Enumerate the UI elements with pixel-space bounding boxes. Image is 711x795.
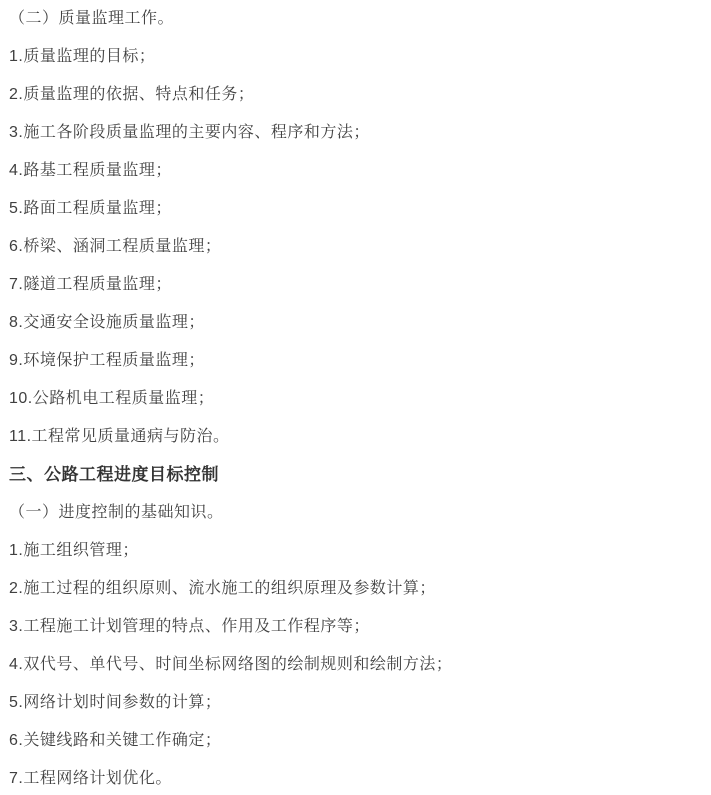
list-item: 7.工程网络计划优化。	[9, 760, 699, 795]
list-item: 9.环境保护工程质量监理；	[9, 342, 699, 380]
list-item: 3.工程施工计划管理的特点、作用及工作程序等；	[9, 608, 699, 646]
list-item: 5.路面工程质量监理；	[9, 190, 699, 228]
section-heading: 三、公路工程进度目标控制	[9, 456, 699, 494]
list-item: 6.关键线路和关键工作确定；	[9, 722, 699, 760]
list-item: 4.双代号、单代号、时间坐标网络图的绘制规则和绘制方法；	[9, 646, 699, 684]
list-item: 3.施工各阶段质量监理的主要内容、程序和方法；	[9, 114, 699, 152]
list-item: 2.施工过程的组织原则、流水施工的组织原理及参数计算；	[9, 570, 699, 608]
list-item: 4.路基工程质量监理；	[9, 152, 699, 190]
list-item: 2.质量监理的依据、特点和任务；	[9, 76, 699, 114]
list-item: 6.桥梁、涵洞工程质量监理；	[9, 228, 699, 266]
list-item: 5.网络计划时间参数的计算；	[9, 684, 699, 722]
list-item: 8.交通安全设施质量监理；	[9, 304, 699, 342]
list-item: 11.工程常见质量通病与防治。	[9, 418, 699, 456]
list-item: 1.施工组织管理；	[9, 532, 699, 570]
list-item: 7.隧道工程质量监理；	[9, 266, 699, 304]
subsection-title: （二）质量监理工作。	[9, 0, 699, 38]
list-item: 10.公路机电工程质量监理；	[9, 380, 699, 418]
document-body: （二）质量监理工作。 1.质量监理的目标； 2.质量监理的依据、特点和任务； 3…	[0, 0, 711, 795]
subsection-title: （一）进度控制的基础知识。	[9, 494, 699, 532]
list-item: 1.质量监理的目标；	[9, 38, 699, 76]
